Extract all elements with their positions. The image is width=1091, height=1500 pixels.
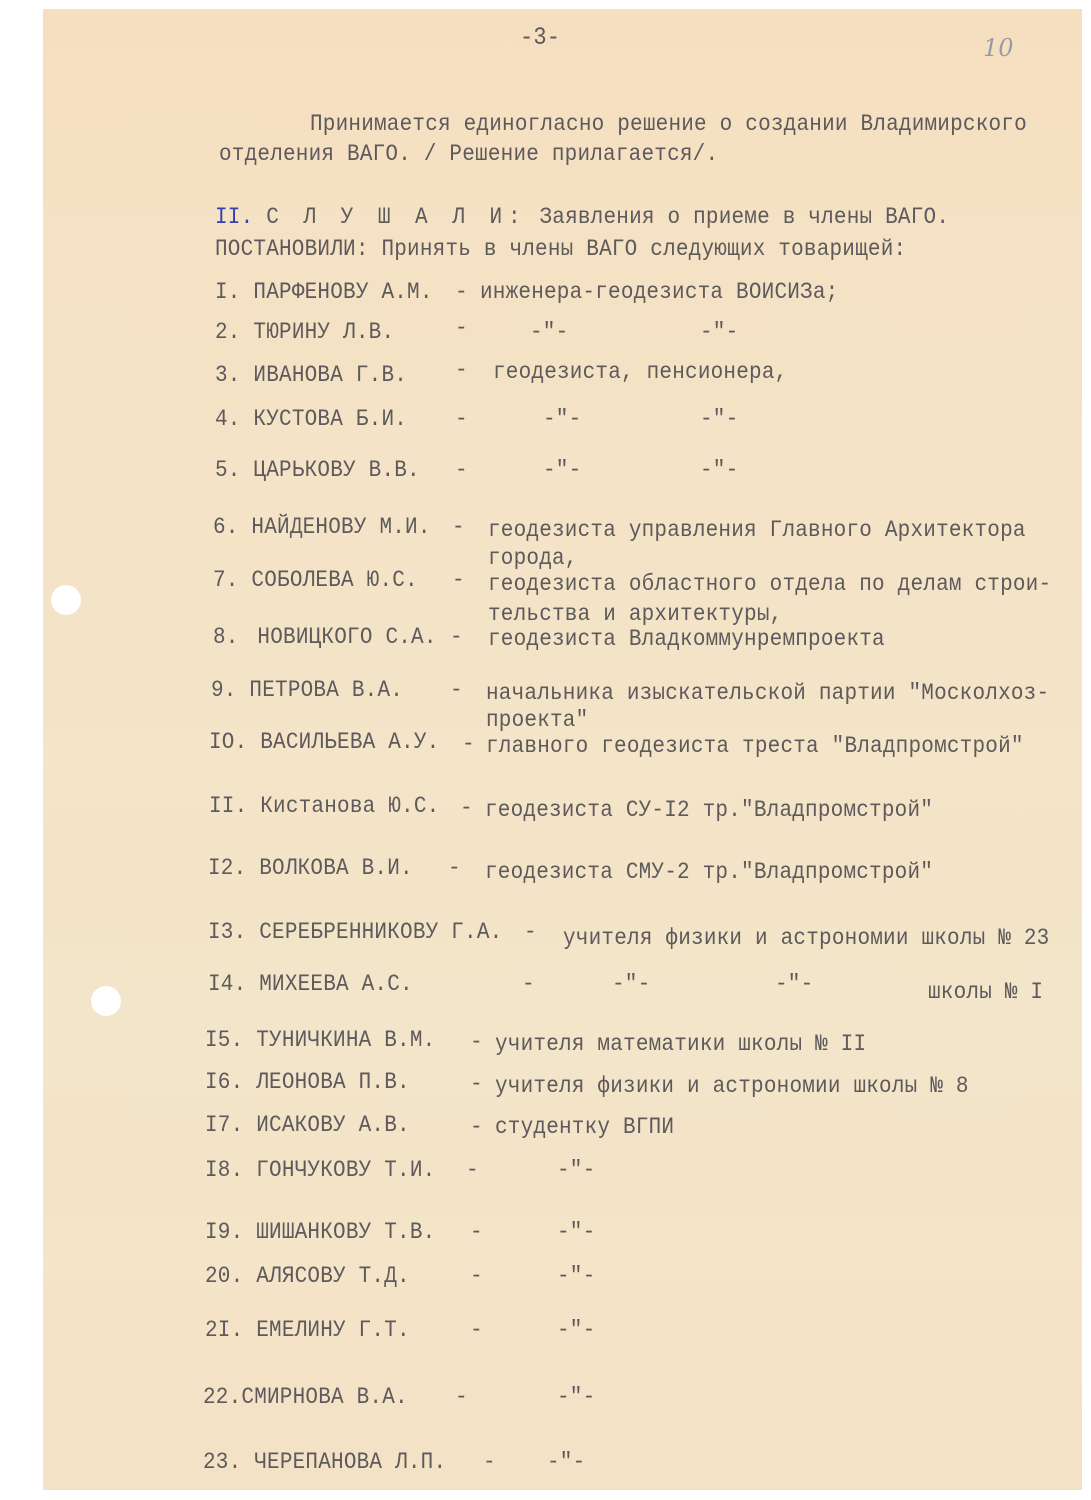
member-dash: - [524, 920, 537, 946]
member-row: 2I. ЕМЕЛИНУ Г.Т. [205, 1318, 410, 1344]
member-num: 3. [215, 363, 241, 389]
member-dash: - [462, 732, 475, 758]
member-desc: -"- [612, 972, 650, 998]
member-dash: - [455, 458, 468, 484]
member-num: I6. [205, 1070, 243, 1096]
member-name: НОВИЦКОГО С.А. [257, 625, 436, 651]
section-heard: II. С Л У Ш А Л И: Заявления о приеме в … [215, 205, 949, 231]
member-desc: учителя физики и астрономии школы № 8 [495, 1074, 969, 1100]
member-dash: - [470, 1072, 483, 1098]
member-row: I3. СЕРЕБРЕННИКОВУ Г.А. [208, 920, 502, 946]
heard-text: Заявления о приеме в члены ВАГО. [539, 205, 949, 231]
member-num: 2. [215, 320, 241, 346]
member-row: IO. ВАСИЛЬЕВА А.У. [209, 730, 439, 756]
member-name: ВОЛКОВА В.И. [259, 856, 413, 882]
member-row: I2. ВОЛКОВА В.И. [208, 856, 413, 882]
member-dash: - [466, 1158, 479, 1184]
member-name: МИХЕЕВА А.С. [259, 972, 413, 998]
member-num: 22. [203, 1385, 241, 1411]
member-num: 5. [215, 458, 241, 484]
member-dash: - [483, 1450, 496, 1476]
member-dash: - [455, 280, 468, 306]
member-name: СЕРЕБРЕННИКОВУ Г.А. [259, 920, 502, 946]
member-desc: геодезиста СУ-I2 тр."Владпромстрой" [485, 798, 933, 824]
member-name: ПАРФЕНОВУ А.М. [253, 280, 432, 306]
member-desc: учителя физики и астрономии школы № 23 [563, 926, 1049, 952]
member-desc: -"- [547, 1450, 585, 1476]
member-row: 5. ЦАРЬКОВУ В.В. [215, 458, 420, 484]
member-desc: школы № I [928, 980, 1043, 1006]
member-row: 20. АЛЯСОВУ Т.Д. [205, 1264, 410, 1290]
member-desc: геодезиста, пенсионера, [493, 360, 787, 386]
member-desc-continuation: проекта" [486, 708, 588, 734]
member-name: Кистанова Ю.С. [260, 794, 439, 820]
member-name: АЛЯСОВУ Т.Д. [256, 1264, 410, 1290]
member-dash: - [450, 625, 463, 651]
member-num: I9. [205, 1220, 243, 1246]
member-name: КУСТОВА Б.И. [253, 407, 407, 433]
member-row: 23. ЧЕРЕПАНОВА Л.П. [203, 1450, 446, 1476]
punch-hole [91, 986, 121, 1016]
member-desc: -"- [530, 320, 568, 346]
intro-line-2: отделения ВАГО. / Решение прилагается/. [219, 142, 718, 168]
member-name: ТЮРИНУ Л.В. [253, 320, 394, 346]
member-desc: -"- [557, 1264, 595, 1290]
folio-number: 10 [983, 34, 1014, 62]
member-dash: - [448, 856, 461, 882]
member-dash: - [455, 407, 468, 433]
intro-line-1: Принимается единогласно решение о создан… [310, 112, 1027, 138]
member-row: I5. ТУНИЧКИНА В.М. [205, 1028, 435, 1054]
member-num: 20. [205, 1264, 243, 1290]
member-desc: -"- [557, 1385, 595, 1411]
member-row: I6. ЛЕОНОВА П.В. [205, 1070, 410, 1096]
member-num: 6. [213, 515, 239, 541]
member-desc: главного геодезиста треста "Владпромстро… [486, 734, 1024, 760]
member-num: 8. [213, 625, 239, 651]
resolved-label: ПОСТАНОВИЛИ: [215, 237, 369, 263]
member-desc: начальника изыскательской партии "Москол… [486, 681, 1049, 707]
section-resolved: ПОСТАНОВИЛИ: Принять в члены ВАГО следую… [215, 237, 906, 263]
member-desc: геодезиста управления Главного Архитекто… [488, 518, 1026, 544]
member-dash: - [470, 1318, 483, 1344]
member-desc-continuation: тельства и архитектуры, [488, 602, 782, 628]
member-desc: -"- [557, 1318, 595, 1344]
member-num: 9. [211, 678, 237, 704]
member-row: 3. ИВАНОВА Г.В. [215, 363, 407, 389]
member-row: I8. ГОНЧУКОВУ Т.И. [205, 1158, 435, 1184]
member-dash: - [455, 316, 468, 342]
member-name: ГОНЧУКОВУ Т.И. [256, 1158, 435, 1184]
member-desc: -"- [700, 407, 738, 433]
member-row: 4. КУСТОВА Б.И. [215, 407, 407, 433]
member-desc: -"- [557, 1158, 595, 1184]
member-row: I4. МИХЕЕВА А.С. [208, 972, 413, 998]
member-name: ИВАНОВА Г.В. [253, 363, 407, 389]
punch-hole [51, 585, 81, 615]
member-dash: - [455, 1385, 468, 1411]
member-dash: - [470, 1220, 483, 1246]
member-row: 22.СМИРНОВА В.А. [203, 1385, 408, 1411]
member-name: НАЙДЕНОВУ М.И. [251, 515, 430, 541]
member-desc: -"- [557, 1220, 595, 1246]
member-desc: -"- [543, 407, 581, 433]
member-name: ПЕТРОВА В.А. [249, 678, 403, 704]
member-name: СОБОЛЕВА Ю.С. [251, 568, 417, 594]
member-num: I8. [205, 1158, 243, 1184]
member-desc: -"- [700, 458, 738, 484]
member-num: II. [209, 794, 247, 820]
member-dash: - [470, 1115, 483, 1141]
member-dash: - [450, 678, 463, 704]
member-dash: - [470, 1264, 483, 1290]
section-number: II. [215, 205, 253, 231]
member-row: I7. ИСАКОВУ А.В. [205, 1113, 410, 1139]
member-desc: геодезиста СМУ-2 тр."Владпромстрой" [485, 860, 933, 886]
member-name: ЕМЕЛИНУ Г.Т. [256, 1318, 410, 1344]
member-num: 7. [213, 568, 239, 594]
member-dash: - [470, 1030, 483, 1056]
member-desc: инженера-геодезиста ВОИСИЗа; [480, 280, 838, 306]
member-row: I9. ШИШАНКОВУ Т.В. [205, 1220, 435, 1246]
member-dash: - [452, 515, 465, 541]
heard-label: С Л У Ш А Л И: [266, 205, 526, 231]
member-name: ТУНИЧКИНА В.М. [256, 1028, 435, 1054]
member-row: 7. СОБОЛЕВА Ю.С. [213, 568, 418, 594]
member-num: I. [215, 280, 241, 306]
member-num: I3. [208, 920, 246, 946]
member-name: ЦАРЬКОВУ В.В. [253, 458, 419, 484]
member-dash: - [460, 796, 473, 822]
member-desc-continuation: города, [488, 546, 578, 572]
member-name: ШИШАНКОВУ Т.В. [256, 1220, 435, 1246]
member-num: 4. [215, 407, 241, 433]
member-row: 6. НАЙДЕНОВУ М.И. [213, 515, 431, 541]
member-desc: студентку ВГПИ [495, 1115, 674, 1141]
member-num: I5. [205, 1028, 243, 1054]
member-row: 8. НОВИЦКОГО С.А. [213, 625, 437, 651]
member-num: 2I. [205, 1318, 243, 1344]
resolved-text: Принять в члены ВАГО следующих товарищей… [381, 237, 906, 263]
member-desc: геодезиста Владкоммунремпроекта [488, 627, 885, 653]
member-name: СМИРНОВА В.А. [241, 1385, 407, 1411]
member-row: I. ПАРФЕНОВУ А.М. [215, 280, 433, 306]
page-number: -3- [520, 24, 560, 52]
member-num: I2. [208, 856, 246, 882]
member-desc: геодезиста областного отдела по делам ст… [488, 572, 1051, 598]
member-desc: учителя математики школы № II [495, 1032, 866, 1058]
member-num: I7. [205, 1113, 243, 1139]
member-dash: - [452, 568, 465, 594]
member-row: 2. ТЮРИНУ Л.В. [215, 320, 394, 346]
member-name: ВАСИЛЬЕВА А.У. [260, 730, 439, 756]
member-dash: - [455, 358, 468, 384]
member-num: IO. [209, 730, 247, 756]
member-num: 23. [203, 1450, 241, 1476]
member-desc: -"- [700, 320, 738, 346]
member-name: ЛЕОНОВА П.В. [256, 1070, 410, 1096]
member-desc: -"- [775, 972, 813, 998]
member-dash: - [522, 972, 535, 998]
member-row: 9. ПЕТРОВА В.А. [211, 678, 403, 704]
member-row: II. Кистанова Ю.С. [209, 794, 439, 820]
member-name: ИСАКОВУ А.В. [256, 1113, 410, 1139]
member-name: ЧЕРЕПАНОВА Л.П. [254, 1450, 446, 1476]
member-num: I4. [208, 972, 246, 998]
member-desc: -"- [543, 458, 581, 484]
